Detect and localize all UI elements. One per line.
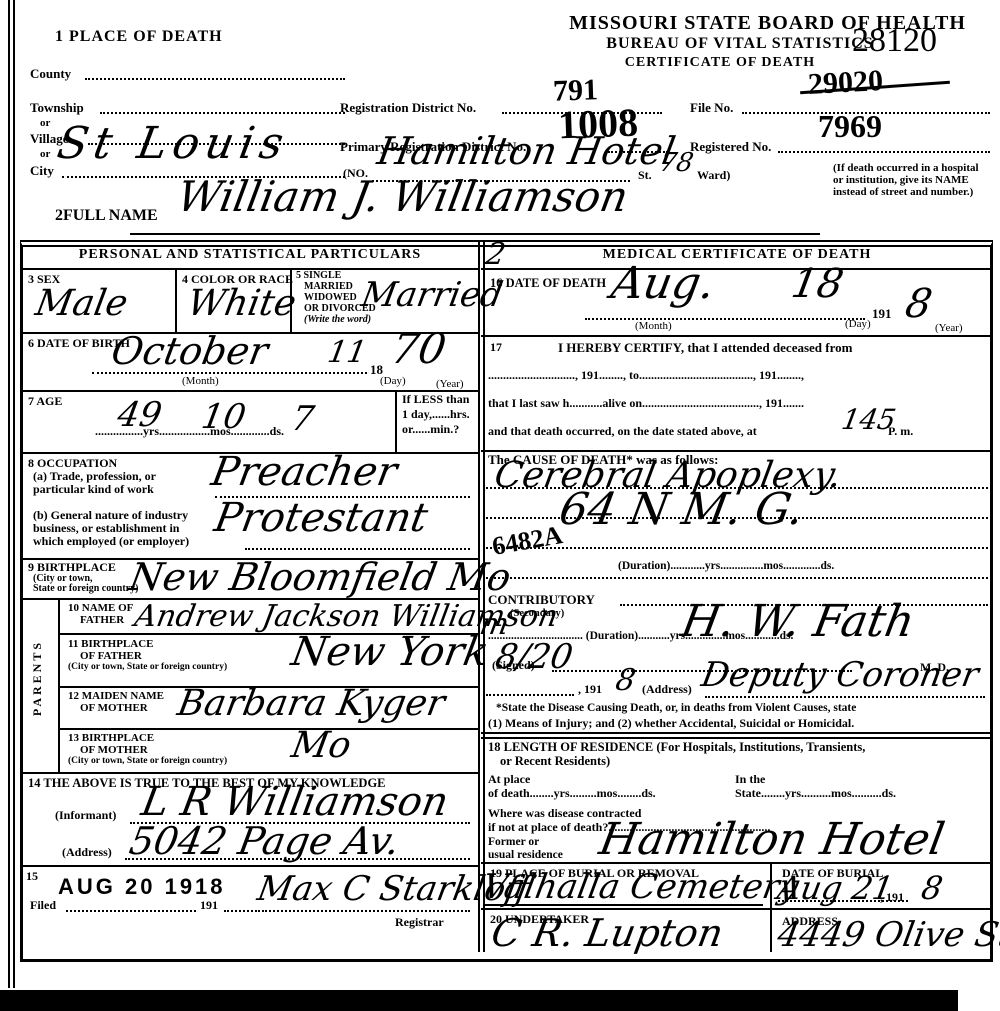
occupation-a-line-2: particular kind of work [33,482,154,497]
at-place-line-1: At place [488,772,530,787]
rule [22,772,478,774]
certify-line-3: that I last saw h...........alive on....… [488,396,804,411]
father-birthplace-label-3: (City or town, State or foreign country) [68,662,227,672]
occupation-b-line-3: which employed (or employer) [33,534,189,549]
informant-label: (Informant) [55,808,116,823]
mother-name-handwriting: Barbara Kyger [175,686,448,722]
registration-district-label: Registration District No. [340,100,476,116]
birthplace-sub-2: State or foreign country) [33,583,138,594]
dod-line [585,318,865,320]
footnote-line-2: (1) Means of Injury; and (2) whether Acc… [488,716,854,731]
township-line [100,112,345,114]
former-residence-line-1: Former or [488,836,539,848]
place-of-death-heading: 1 PLACE OF DEATH [55,28,223,46]
certify-number: 17 [490,340,502,355]
filed-label: Filed [30,898,56,913]
registrar-line [262,910,470,912]
file-no-label: File No. [690,100,733,116]
dod-month-handwriting: Aug. [608,262,718,306]
certify-line-2: ............................., 191......… [488,368,804,383]
hospital-note: (If death occurred in a hospital or inst… [833,162,991,198]
rule [395,390,397,452]
residence-heading-1: 18 LENGTH OF RESIDENCE (For Hospitals, I… [488,740,865,755]
filed-number: 15 [26,869,38,884]
medical-section-title: MEDICAL CERTIFICATE OF DEATH [483,247,991,263]
if-less-line-2: 1 day,......hrs. [402,407,470,422]
father-name-label-2: FATHER [80,614,124,626]
signed-year-printed: , 191 [578,682,602,697]
registered-no-label: Registered No. [690,139,771,155]
dod-year-caption: (Year) [935,322,963,334]
marital-label-3: WIDOWED [304,292,357,303]
dod-day-handwriting: 18 [788,264,846,304]
signed-address-line [705,696,985,698]
residence-heading-2: or Recent Residents) [500,754,610,769]
file-no-crossed-out: 29020 [807,66,883,100]
signed-address-label: (Address) [642,682,692,697]
mother-birthplace-label-1: 13 BIRTHPLACE [68,732,154,744]
dob-month-caption: (Month) [182,375,219,387]
scan-artifact-bar [0,990,958,1011]
mother-birthplace-handwriting: Mo [289,728,354,764]
full-name-handwriting: William J. Williamson [174,176,631,218]
undertaker-handwriting: C R. Lupton [489,914,726,952]
marital-label-2: MARRIED [304,281,353,292]
burial-underline [483,904,763,906]
signed-address-handwriting: Deputy Coroner [699,658,981,692]
full-name-label: 2FULL NAME [55,207,158,225]
rule [481,908,991,910]
at-place-line-2: of death........yrs.........mos........d… [488,786,656,801]
former-residence-line-2: usual residence [488,849,563,861]
or-label-2: or [40,148,50,160]
time-suffix: P. m. [888,424,913,439]
rule [175,268,177,332]
color-race-value-handwriting: White [185,286,299,322]
full-name-underline [130,233,820,235]
rule [481,732,991,739]
filed-date-stamp: AUG 20 1918 [58,876,226,898]
filed-line [66,910,196,912]
certificate-number-stamp: 28120 [852,24,937,58]
sex-value-handwriting: Male [33,286,131,322]
county-label: County [30,66,71,82]
age-label: 7 AGE [28,394,62,409]
occupation-b-line [245,548,470,550]
footnote-line-1: *State the Disease Causing Death, or, in… [496,702,856,714]
marital-label-5: (Write the word) [304,314,371,325]
father-birthplace-handwriting: New York [288,632,491,672]
left-border-rule [8,0,15,988]
in-state-line-2: State........yrs..........mos..........d… [735,786,896,801]
dod-month-caption: (Month) [635,320,672,332]
father-birthplace-label-2: OF FATHER [80,650,142,662]
street-label: St. [638,168,652,183]
rule [481,862,991,864]
certify-line-4: and that death occurred, on the date sta… [488,424,757,439]
city-value-handwriting: St Louis [54,122,292,166]
street-value-handwriting: Hamilton Hotel [375,132,678,170]
dob-line [92,372,367,374]
dob-year-caption: (Year) [436,378,464,390]
marital-label-1: 5 SINGLE [296,270,341,281]
burial-date-line [778,900,908,902]
filed-year-printed: 191 [200,898,218,913]
filed-year-line [224,910,260,912]
rule [58,728,478,730]
secondary-label: (Secondary) [510,608,564,619]
former-residence-handwriting: Hamilton Hotel [596,818,947,862]
cause-duration-line: (Duration)............yrs...............… [618,560,834,572]
if-less-line-1: If LESS than [402,392,469,407]
dob-month-handwriting: October [109,332,271,370]
registrar-label: Registrar [395,915,444,930]
mother-birthplace-label-2: OF MOTHER [80,744,148,756]
burial-year-printed: , 191 [880,890,904,905]
city-label: City [30,163,54,179]
rule [22,268,478,270]
signed-date-handwriting: 8/20 [493,640,575,674]
in-state-line-1: In the [735,772,765,787]
informant-address-label: (Address) [62,845,112,860]
informant-address-handwriting: 5042 Page Av. [127,822,403,860]
physician-signature-handwriting: H. W. Fath [678,600,917,644]
cause-dotted-4 [483,577,988,579]
age-units-line: ................yrs.................mos.… [95,424,284,439]
township-label: Township [30,100,84,116]
mother-name-label-2: OF MOTHER [80,702,148,714]
ward-value-handwriting: 78 [658,150,696,176]
dob-year-handwriting: 70 [388,328,449,370]
or-label-1: or [40,117,50,129]
contributory-label: CONTRIBUTORY [488,592,595,608]
dod-label: 16 DATE OF DEATH [490,276,606,291]
county-line [85,78,345,80]
rule [481,335,991,337]
burial-place-handwriting: Valhalla Cemetery [480,870,801,904]
dob-day-caption: (Day) [380,375,406,387]
informant-handwriting: L R Williamson [138,782,451,822]
registered-no-value: 7969 [818,110,882,142]
rule [58,598,60,772]
rule [481,268,991,270]
rule [22,865,478,867]
dod-day-caption: (Day) [845,318,871,330]
mother-birthplace-label-3: (City or town, State or foreign country) [68,756,227,766]
mother-name-label-1: 12 MAIDEN NAME [68,690,164,702]
father-name-label-1: 10 NAME OF [68,602,133,614]
dod-year-printed: 191 [872,306,892,322]
parents-vertical-label: PARENTS [30,640,45,716]
registered-no-line [778,151,990,153]
marital-value-handwriting: Married [359,278,505,312]
father-birthplace-label-1: 11 BIRTHPLACE [68,638,154,650]
personal-section-title: PERSONAL AND STATISTICAL PARTICULARS [22,247,478,263]
occupation-b-handwriting: Protestant [211,498,430,538]
certify-line-1: I HEREBY CERTIFY, that I attended deceas… [558,340,852,356]
death-certificate-scan: 1 PLACE OF DEATH MISSOURI STATE BOARD OF… [0,0,1000,1011]
dob-day-handwriting: 11 [325,338,368,368]
occupation-a-handwriting: Preacher [208,452,400,492]
birthplace-handwriting: New Bloomfield Mo [127,558,514,596]
cause-line-2-handwriting: 64 N M. G. [556,488,807,532]
ward-label: Ward) [697,168,730,183]
if-less-line-3: or......min.? [402,422,459,437]
signed-date-line [486,694,574,696]
undertaker-address-handwriting: 4449 Olive St [775,918,1000,952]
